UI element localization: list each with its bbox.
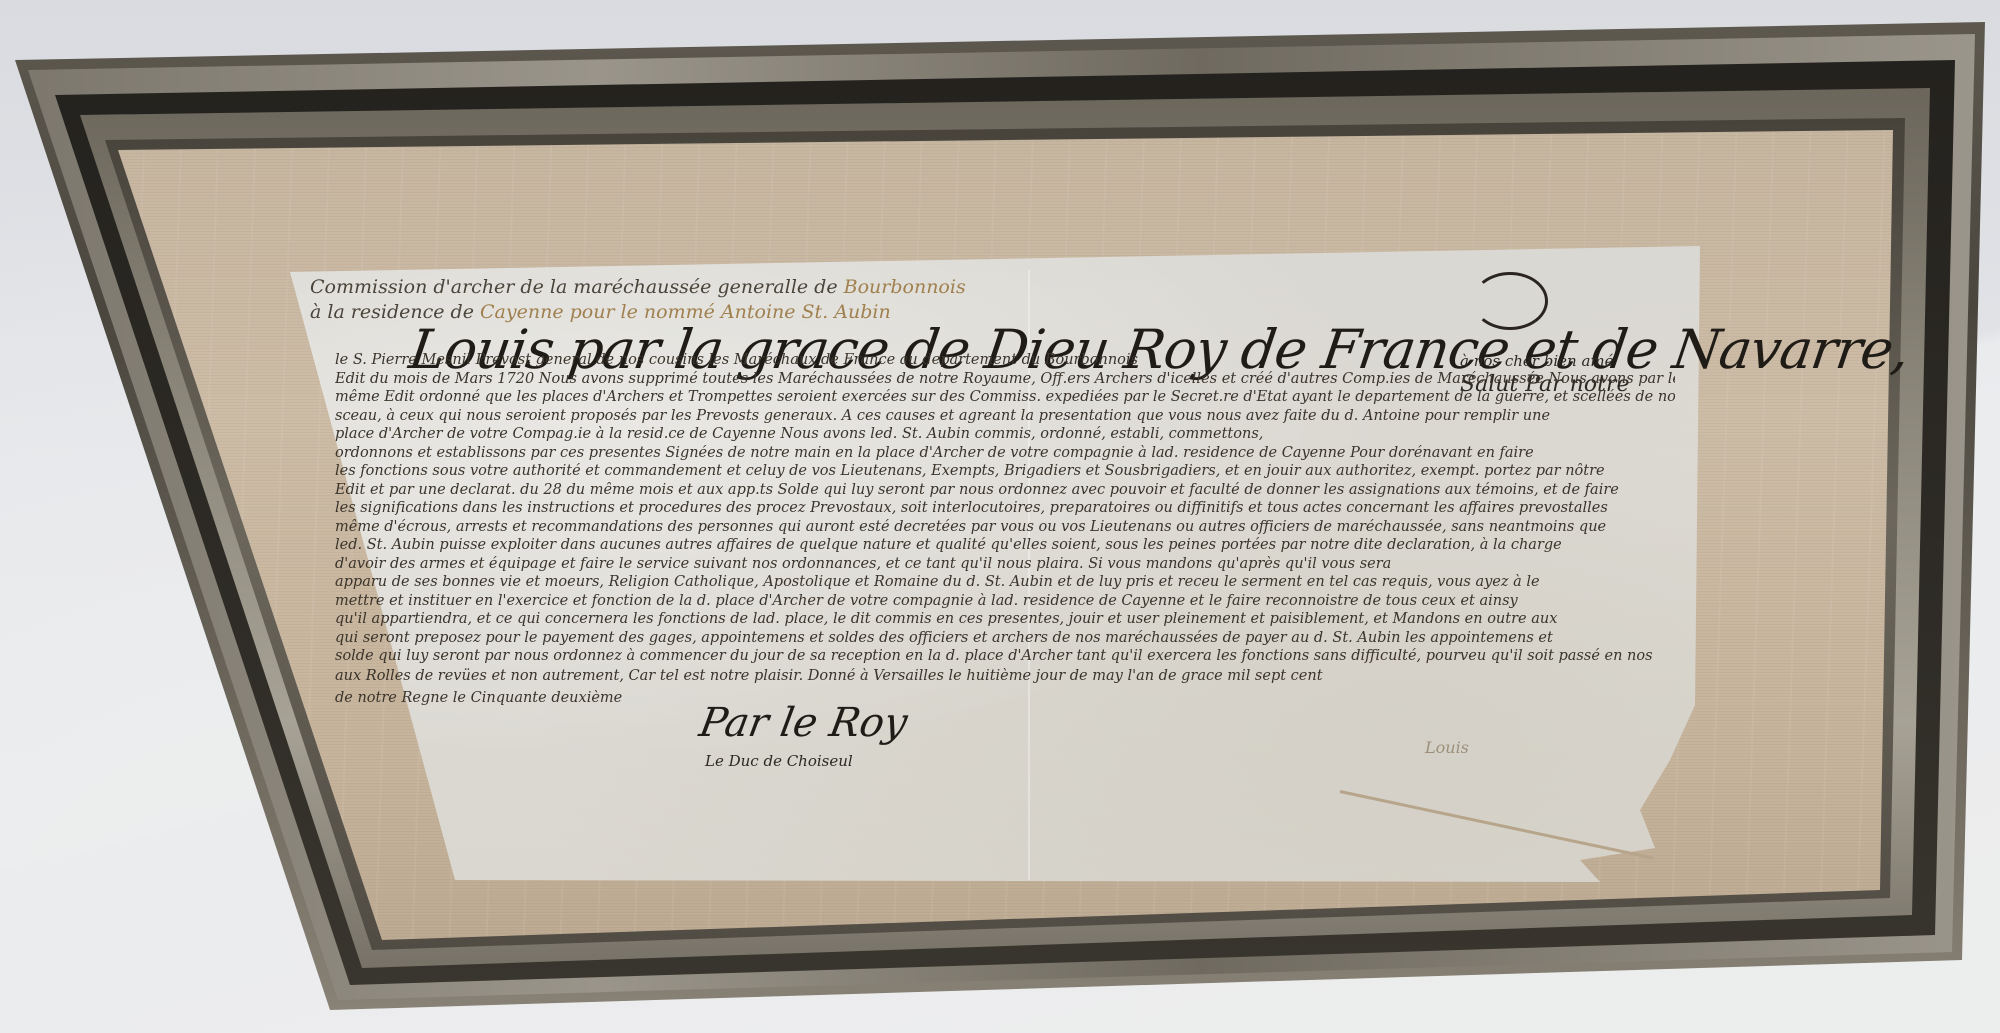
body-line: qu'il appartiendra, et ce qui concernera… [335, 611, 1675, 627]
body-line: Edit du mois de Mars 1720 Nous avons sup… [335, 371, 1675, 387]
body-line: d'avoir des armes et équipage et faire l… [335, 556, 1675, 572]
body-line: aux Rolles de revües et non autrement, C… [335, 668, 1675, 684]
body-line: les fonctions sous votre authorité et co… [335, 463, 1675, 479]
header-fill-text: Bourbonnois [844, 276, 966, 298]
countersignature: Le Duc de Choiseul [705, 752, 853, 770]
body-line: même d'écrous, arrests et recommandation… [335, 519, 1675, 535]
body-line: qui seront preposez pour le payement des… [335, 630, 1675, 646]
body-line: les significations dans les instructions… [335, 500, 1675, 516]
body-line: même Edit ordonné que les places d'Arche… [335, 389, 1675, 405]
king-signature: Louis [1425, 738, 1469, 757]
body-line: de notre Regne le Cinquante deuxième [335, 690, 1675, 706]
body-line: solde qui luy seront par nous ordonnez à… [335, 648, 1675, 664]
header-printed-text: Commission d'archer de la maréchaussée g… [310, 276, 838, 298]
body-line: mettre et instituer en l'exercice et fon… [335, 593, 1675, 609]
par-le-roy-signature: Par le Roy [696, 700, 911, 746]
body-line: led. St. Aubin puisse exploiter dans auc… [335, 537, 1675, 553]
header-line-1: Commission d'archer de la maréchaussée g… [310, 276, 966, 298]
body-line: le S. Pierre Mesnil Prevost general de n… [335, 352, 1675, 368]
body-line: apparu de ses bonnes vie et moeurs, Reli… [335, 574, 1675, 590]
body-line: Edit et par une declarat. du 28 du même … [335, 482, 1675, 498]
body-line: ordonnons et establissons par ces presen… [335, 445, 1675, 461]
body-line: sceau, à ceux qui nous seroient proposés… [335, 408, 1675, 424]
body-line: place d'Archer de votre Compag.ie à la r… [335, 426, 1675, 442]
calligraphic-flourish-icon [1472, 272, 1548, 330]
